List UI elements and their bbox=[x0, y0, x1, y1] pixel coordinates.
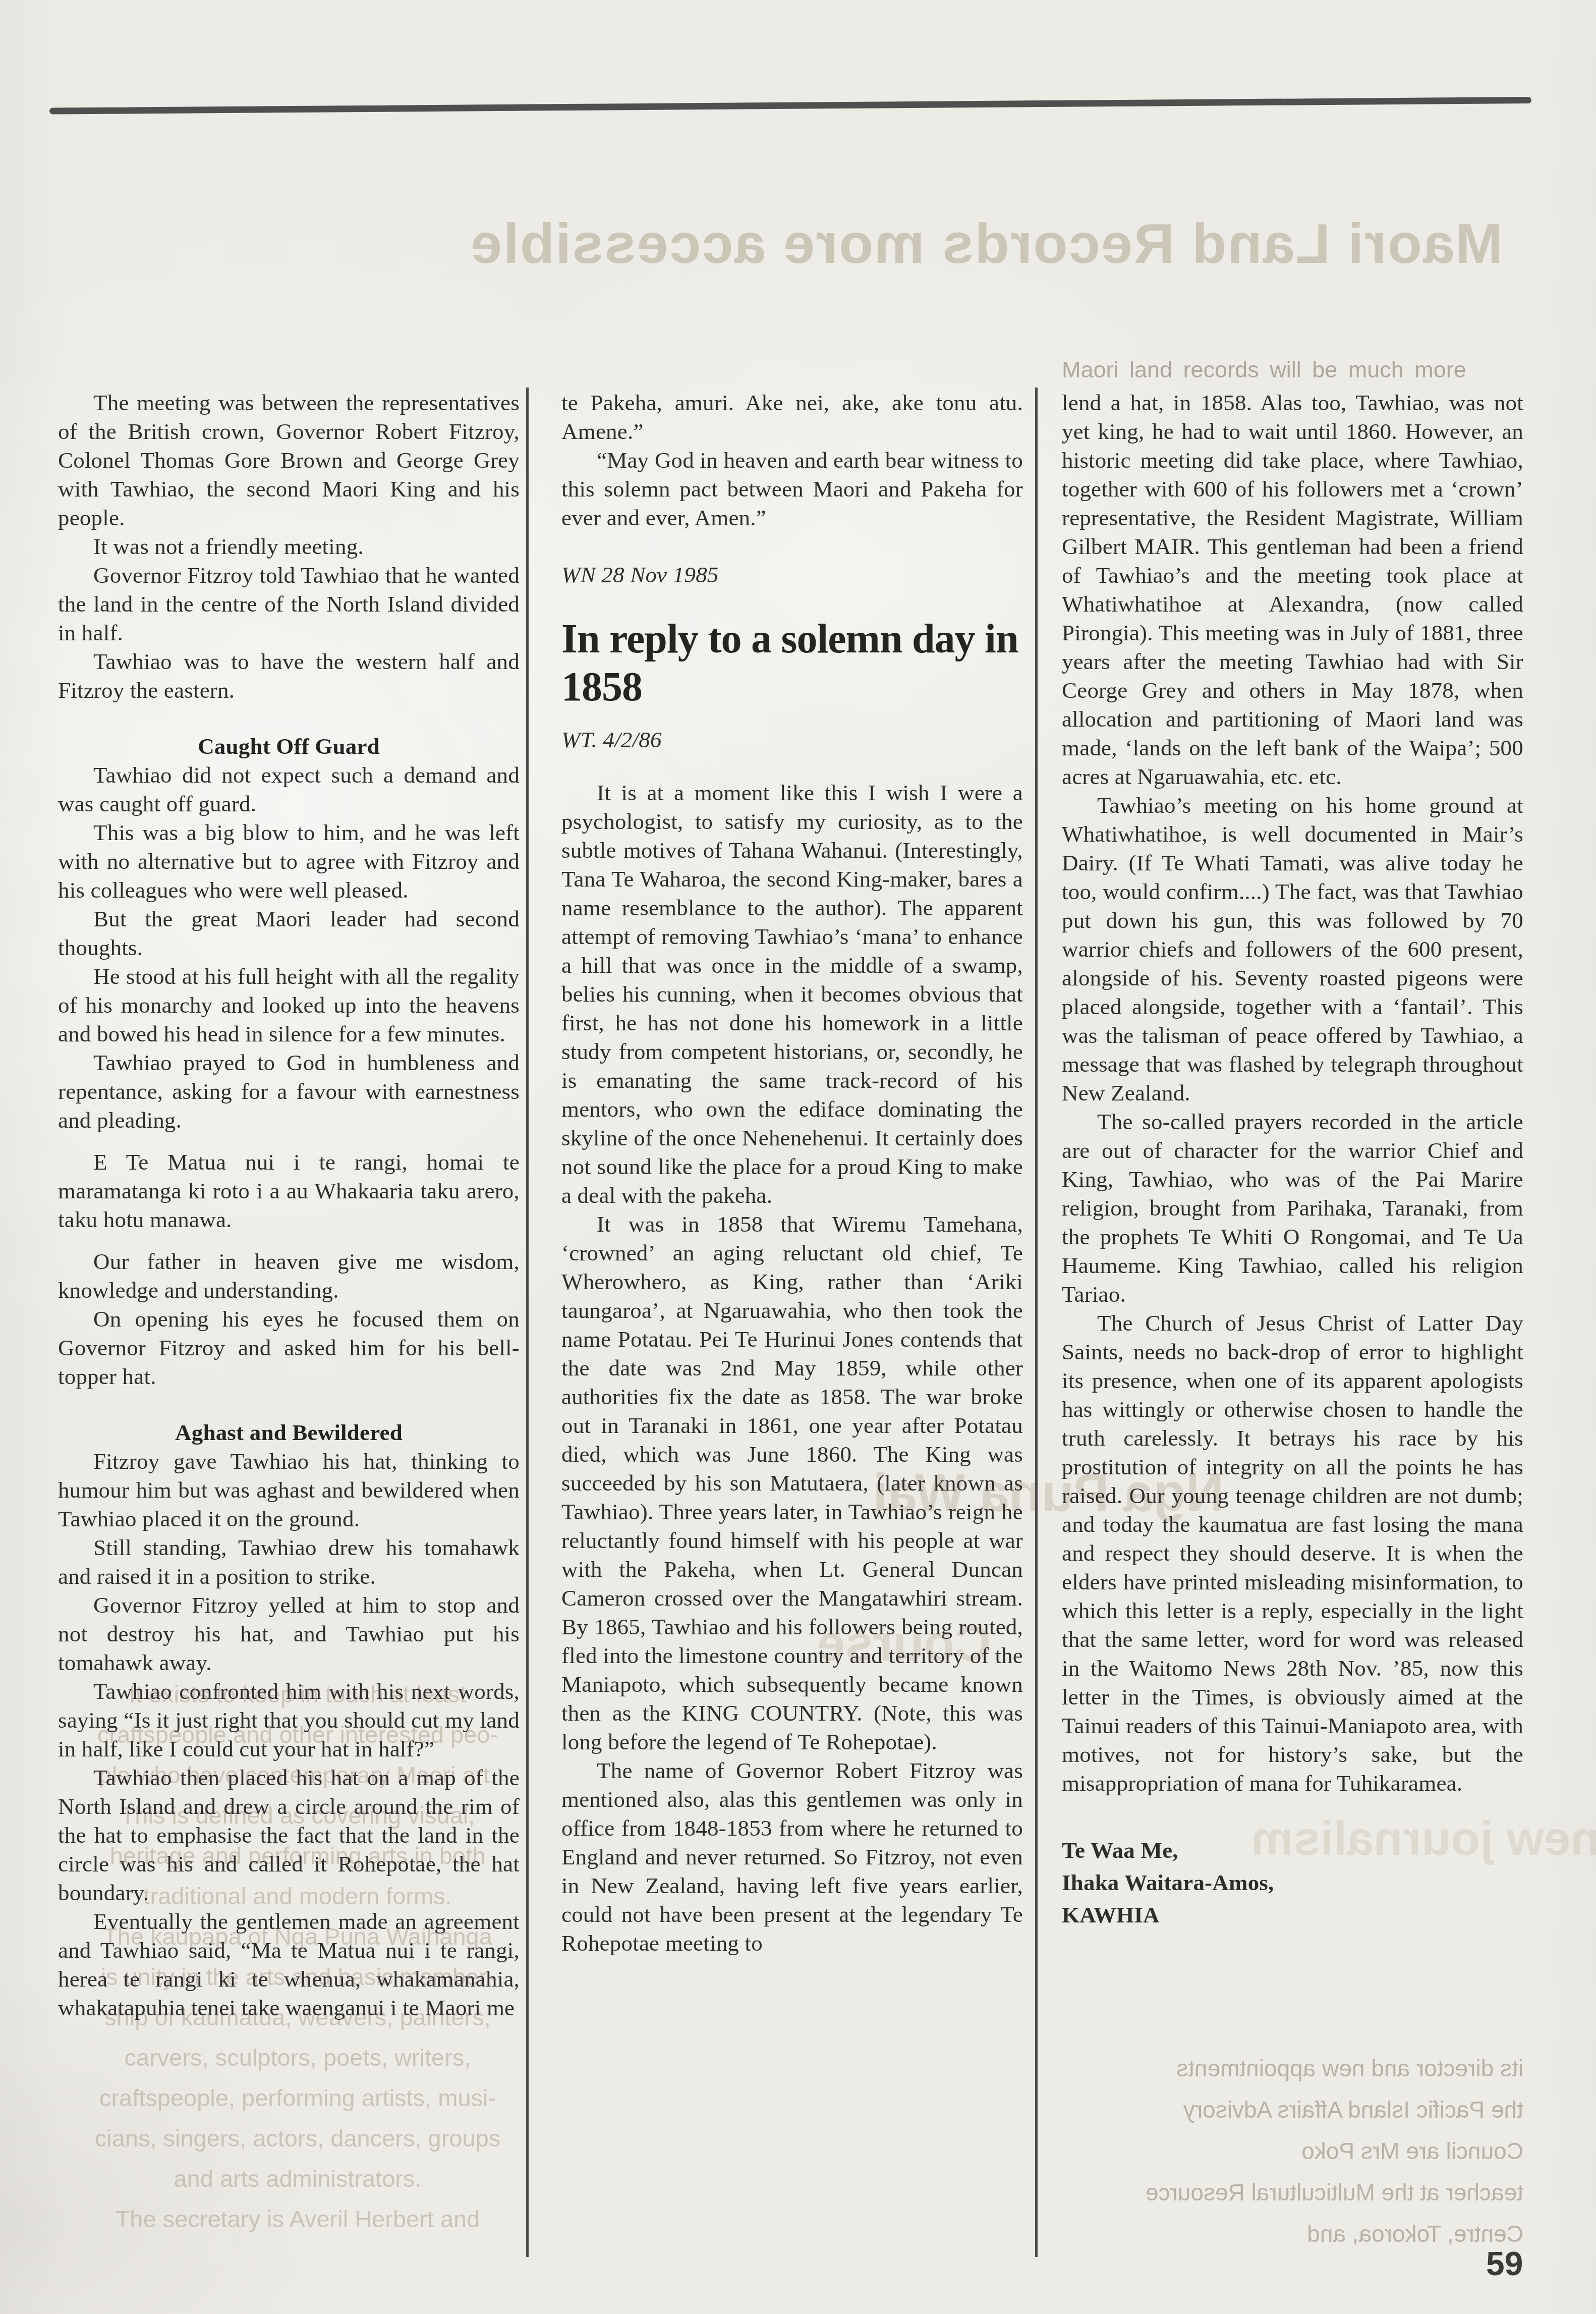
signature-line: Te Waa Me, bbox=[1062, 1834, 1523, 1866]
paragraph: He stood at his full height with all the… bbox=[58, 962, 520, 1049]
paragraph: Tawhiao prayed to God in humbleness and … bbox=[58, 1049, 520, 1135]
ghost-line: carvers, sculptors, poets, writers, bbox=[76, 2037, 520, 2078]
paragraph: Tawhiao did not expect such a demand and… bbox=[58, 761, 520, 818]
ghost-bleedthrough-headline: Maori Land Records more accessible bbox=[434, 211, 1538, 277]
paragraph: Governor Fitzroy told Tawhiao that he wa… bbox=[58, 561, 520, 647]
paragraph: Tawhiao was to have the western half and… bbox=[58, 647, 520, 705]
paragraph: Tawhiao then placed his hat on a map of … bbox=[58, 1764, 520, 1907]
prayer-paragraph: E Te Matua nui i te rangi, homai te mara… bbox=[58, 1148, 520, 1234]
paragraph: Eventually the gentlemen made an agreeme… bbox=[58, 1907, 520, 2022]
column-divider-right bbox=[1035, 388, 1038, 2257]
paragraph-continuation: te Pakeha, amuri. Ake nei, ake, ake tonu… bbox=[561, 389, 1023, 446]
ghost-line: and arts administrators. bbox=[76, 2159, 520, 2199]
paragraph: This was a big blow to him, and he was l… bbox=[58, 818, 520, 905]
signature-line: KAWHIA bbox=[1062, 1899, 1523, 1931]
paragraph: “May God in heaven and earth bear witnes… bbox=[561, 446, 1023, 532]
subheading: Aghast and Bewildered bbox=[58, 1418, 520, 1447]
signature-line: Ihaka Waitara-Amos, bbox=[1062, 1866, 1523, 1899]
paragraph-continuation: lend a hat, in 1858. Alas too, Tawhiao, … bbox=[1062, 389, 1523, 791]
ghost-mirrored-line: Council are Mrs Poko bbox=[1062, 2130, 1523, 2172]
paragraph: The Church of Jesus Christ of Latter Day… bbox=[1062, 1309, 1523, 1798]
paragraph: The so-called prayers recorded in the ar… bbox=[1062, 1108, 1523, 1309]
ghost-mirrored-line: Centre, Tokoroa, and bbox=[1062, 2213, 1523, 2254]
ghost-mirrored-line: teacher at the Multicultural Resource bbox=[1062, 2172, 1523, 2213]
paragraph: Tawhiao’s meeting on his home ground at … bbox=[1062, 791, 1523, 1108]
paragraph: Fitzroy gave Tawhiao his hat, thinking t… bbox=[58, 1447, 520, 1533]
top-rule bbox=[49, 97, 1531, 115]
paragraph: The name of Governor Robert Fitzroy was … bbox=[561, 1756, 1023, 1958]
scanned-newspaper-page: Maori Land Records more accessible Maori… bbox=[0, 0, 1596, 2314]
page-number: 59 bbox=[1486, 2244, 1523, 2283]
ghost-line: cians, singers, actors, dancers, groups bbox=[76, 2118, 520, 2159]
ghost-bleedthrough-block-col3: its director and new appointmentsthe Pac… bbox=[1062, 2048, 1523, 2254]
ghost-line: craftspeople, performing artists, musi- bbox=[76, 2078, 520, 2118]
paragraph: It was in 1858 that Wiremu Tamehana, ‘cr… bbox=[561, 1210, 1023, 1756]
paragraph: On opening his eyes he focused them on G… bbox=[58, 1305, 520, 1391]
ghost-mirrored-line: its director and new appointments bbox=[1062, 2048, 1523, 2089]
text-column-3: lend a hat, in 1858. Alas too, Tawhiao, … bbox=[1062, 389, 1523, 1931]
column-divider-left bbox=[526, 388, 529, 2257]
text-column-1: The meeting was between the representati… bbox=[58, 389, 520, 2022]
paragraph: Tawhiao confronted him with his next wor… bbox=[58, 1677, 520, 1764]
article-headline: In reply to a solemn day in 1858 bbox=[561, 615, 1023, 710]
ghost-mirrored-line: the Pacific Island Affairs Advisory bbox=[1062, 2089, 1523, 2130]
ghost-bleedthrough-line: Maori land records will be much more bbox=[1062, 355, 1523, 384]
paragraph: But the great Maori leader had second th… bbox=[58, 905, 520, 962]
text-column-2: te Pakeha, amuri. Ake nei, ake, ake tonu… bbox=[561, 389, 1023, 1958]
paragraph: It was not a friendly meeting. bbox=[58, 532, 520, 561]
dateline: WT. 4/2/86 bbox=[561, 726, 1023, 754]
ghost-line: The secretary is Averil Herbert and bbox=[76, 2199, 520, 2239]
subheading: Caught Off Guard bbox=[58, 732, 520, 761]
paragraph: Still standing, Tawhiao drew his tomahaw… bbox=[58, 1533, 520, 1591]
paragraph: The meeting was between the representati… bbox=[58, 389, 520, 532]
prayer-paragraph: Our father in heaven give me wisdom, kno… bbox=[58, 1247, 520, 1305]
dateline: WN 28 Nov 1985 bbox=[561, 561, 1023, 589]
paragraph: Governor Fitzroy yelled at him to stop a… bbox=[58, 1591, 520, 1677]
paragraph: It is at a moment like this I wish I wer… bbox=[561, 779, 1023, 1210]
